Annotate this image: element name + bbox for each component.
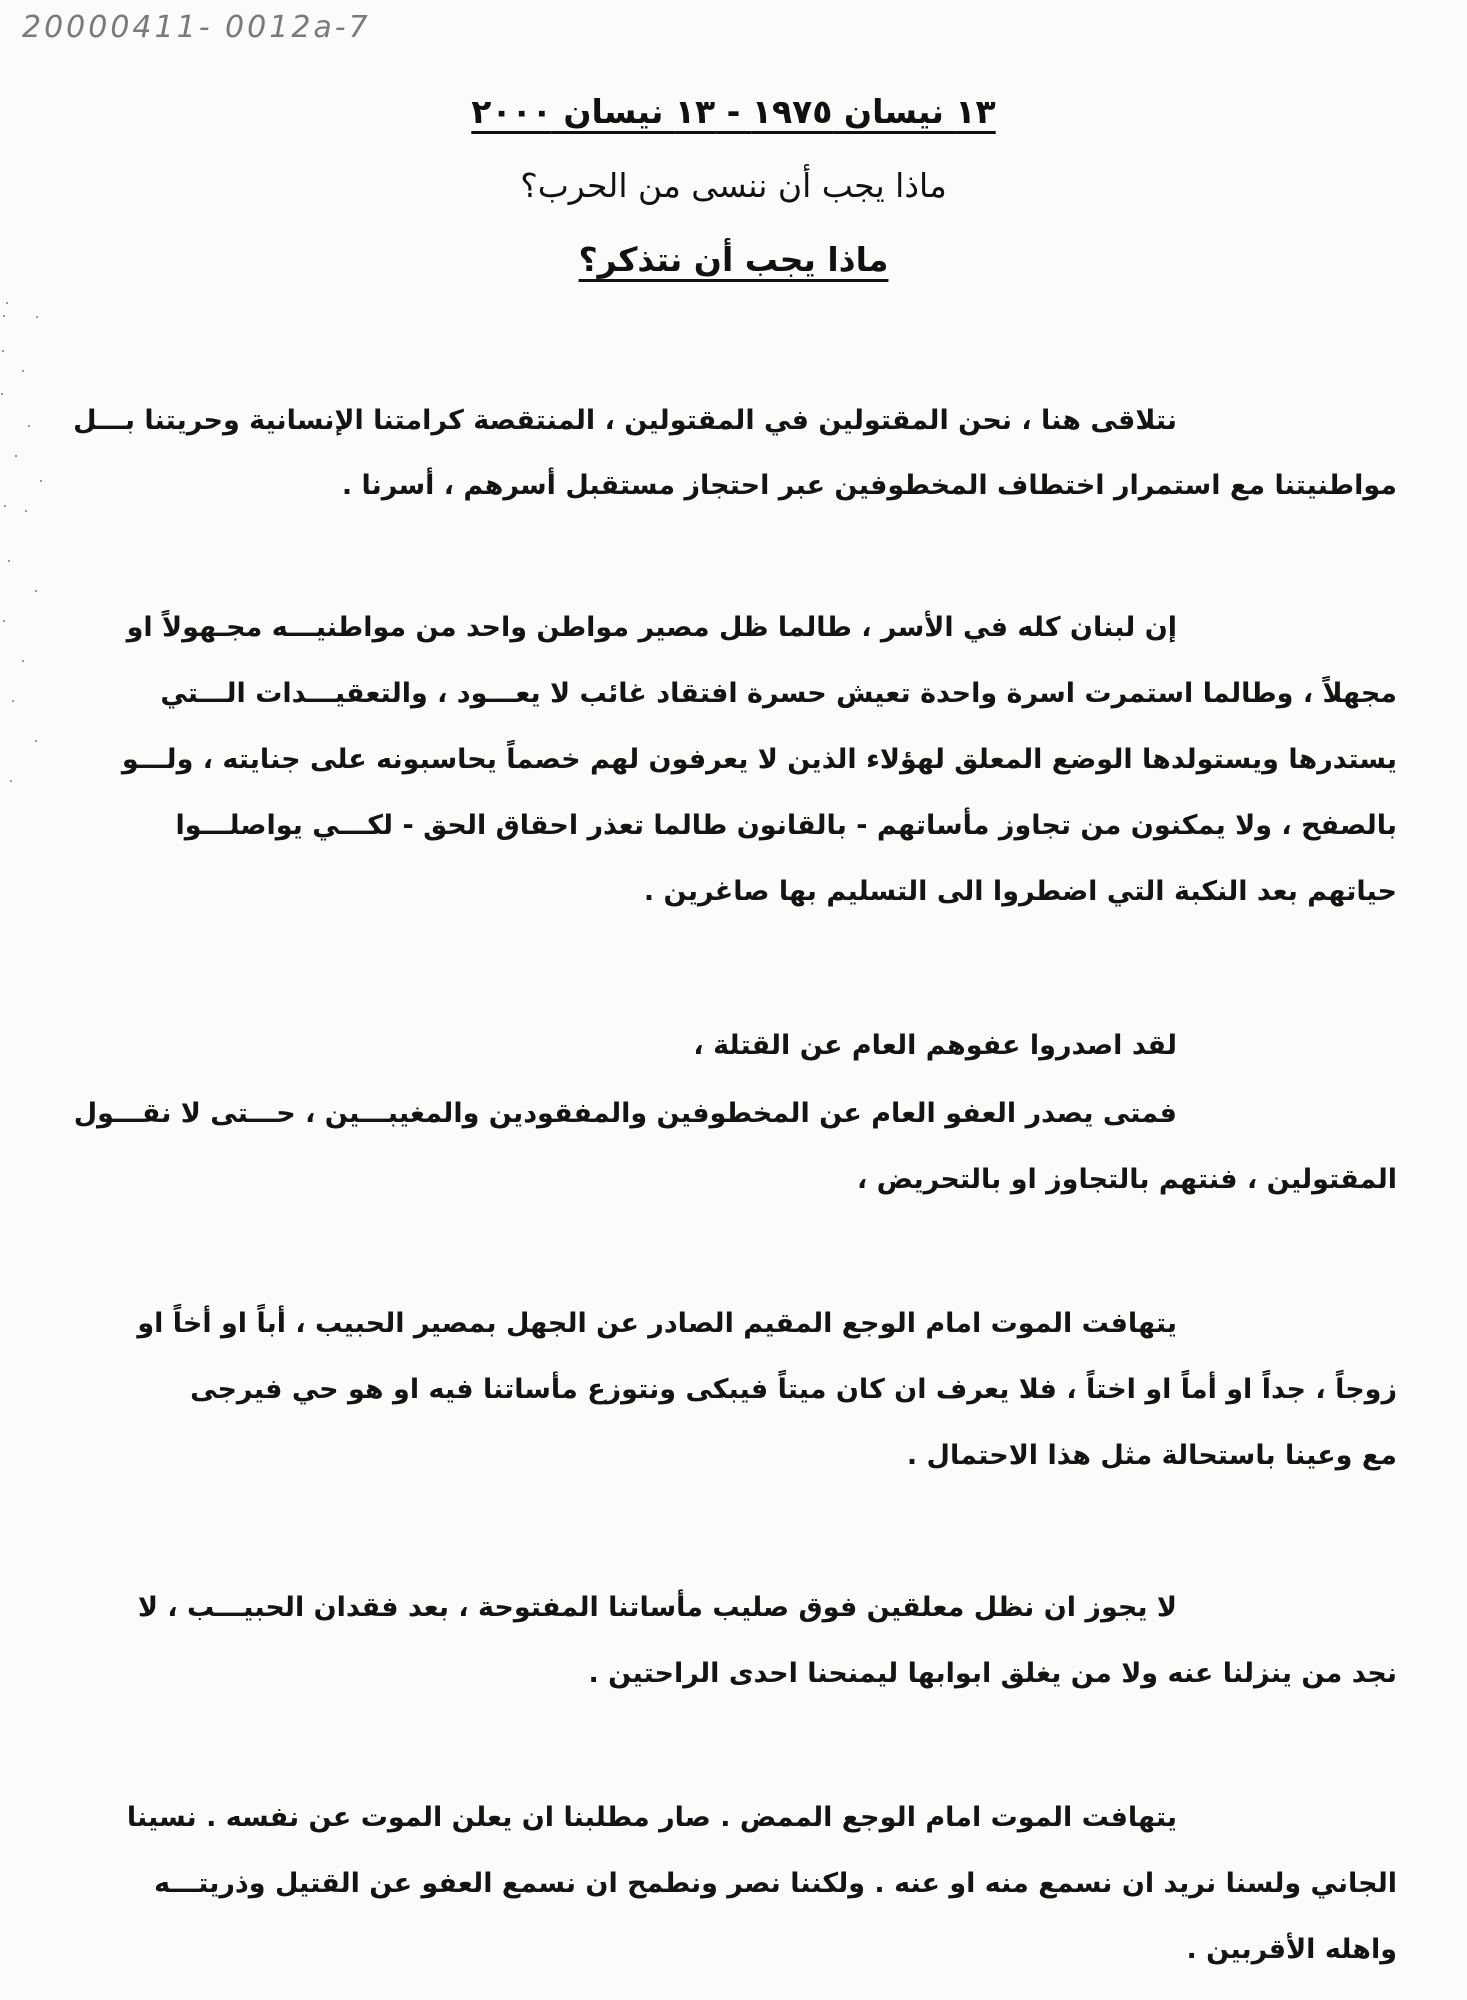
- paragraph-6-line-2: الجاني ولسنا نريد ان نسمع منه او عنه . و…: [154, 1868, 1397, 1899]
- question-heading-forget: ماذا يجب أن ننسى من الحرب؟: [0, 166, 1467, 205]
- paragraph-2-line-2: مجهلاً ، وطالما استمرت اسرة واحدة تعيش ح…: [160, 678, 1397, 709]
- paragraph-2-line-4: بالصفح ، ولا يمكنون من تجاوز مأساتهم - ب…: [176, 810, 1397, 841]
- paragraph-2-line-1: إن لبنان كله في الأسر ، طالما ظل مصير مو…: [127, 612, 1177, 643]
- paragraph-4-line-1: يتهافت الموت امام الوجع المقيم الصادر عن…: [137, 1308, 1177, 1339]
- paragraph-4-line-3: مع وعينا باستحالة مثل هذا الاحتمال .: [907, 1440, 1397, 1471]
- paragraph-3-line-2: فمتى يصدر العفو العام عن المخطوفين والمف…: [74, 1098, 1177, 1129]
- paragraph-5-line-2: نجد من ينزلنا عنه ولا من يغلق ابوابها لي…: [589, 1658, 1397, 1689]
- paragraph-3-line-3: المقتولين ، فنتهم بالتجاوز او بالتحريض ،: [857, 1164, 1397, 1195]
- paragraph-6-line-3: واهله الأقربين .: [1186, 1934, 1397, 1965]
- paragraph-1-line-2: مواطنيتنا مع استمرار اختطاف المخطوفين عب…: [342, 470, 1397, 501]
- paragraph-6-line-1: يتهافت الموت امام الوجع الممض . صار مطلب…: [127, 1802, 1177, 1833]
- paragraph-5-line-1: لا يجوز ان نظل معلقين فوق صليب مأساتنا ا…: [138, 1592, 1177, 1623]
- paragraph-2-line-5: حياتهم بعد النكبة التي اضطروا الى التسلي…: [644, 876, 1397, 907]
- paragraph-4-line-2: زوجاً ، جداً او أماً او اختاً ، فلا يعرف…: [190, 1374, 1397, 1405]
- date-heading: ١٣ نيسان ١٩٧٥ - ١٣ نيسان ٢٠٠٠: [0, 92, 1467, 131]
- question-heading-remember: ماذا يجب أن نتذكر؟: [0, 240, 1467, 279]
- paragraph-3-line-1: لقد اصدروا عفوهم العام عن القتلة ،: [693, 1030, 1177, 1061]
- paragraph-2-line-3: يستدرها ويستولدها الوضع المعلق لهؤلاء ال…: [122, 744, 1397, 775]
- handwritten-reference-number: 20000411- 0012a-7: [22, 10, 371, 45]
- paragraph-1-line-1: نتلاقى هنا ، نحن المقتولين في المقتولين …: [73, 405, 1177, 436]
- date-heading-text: ١٣ نيسان ١٩٧٥ - ١٣ نيسان ٢٠٠٠: [471, 92, 995, 131]
- question-heading-remember-text: ماذا يجب أن نتذكر؟: [579, 240, 889, 279]
